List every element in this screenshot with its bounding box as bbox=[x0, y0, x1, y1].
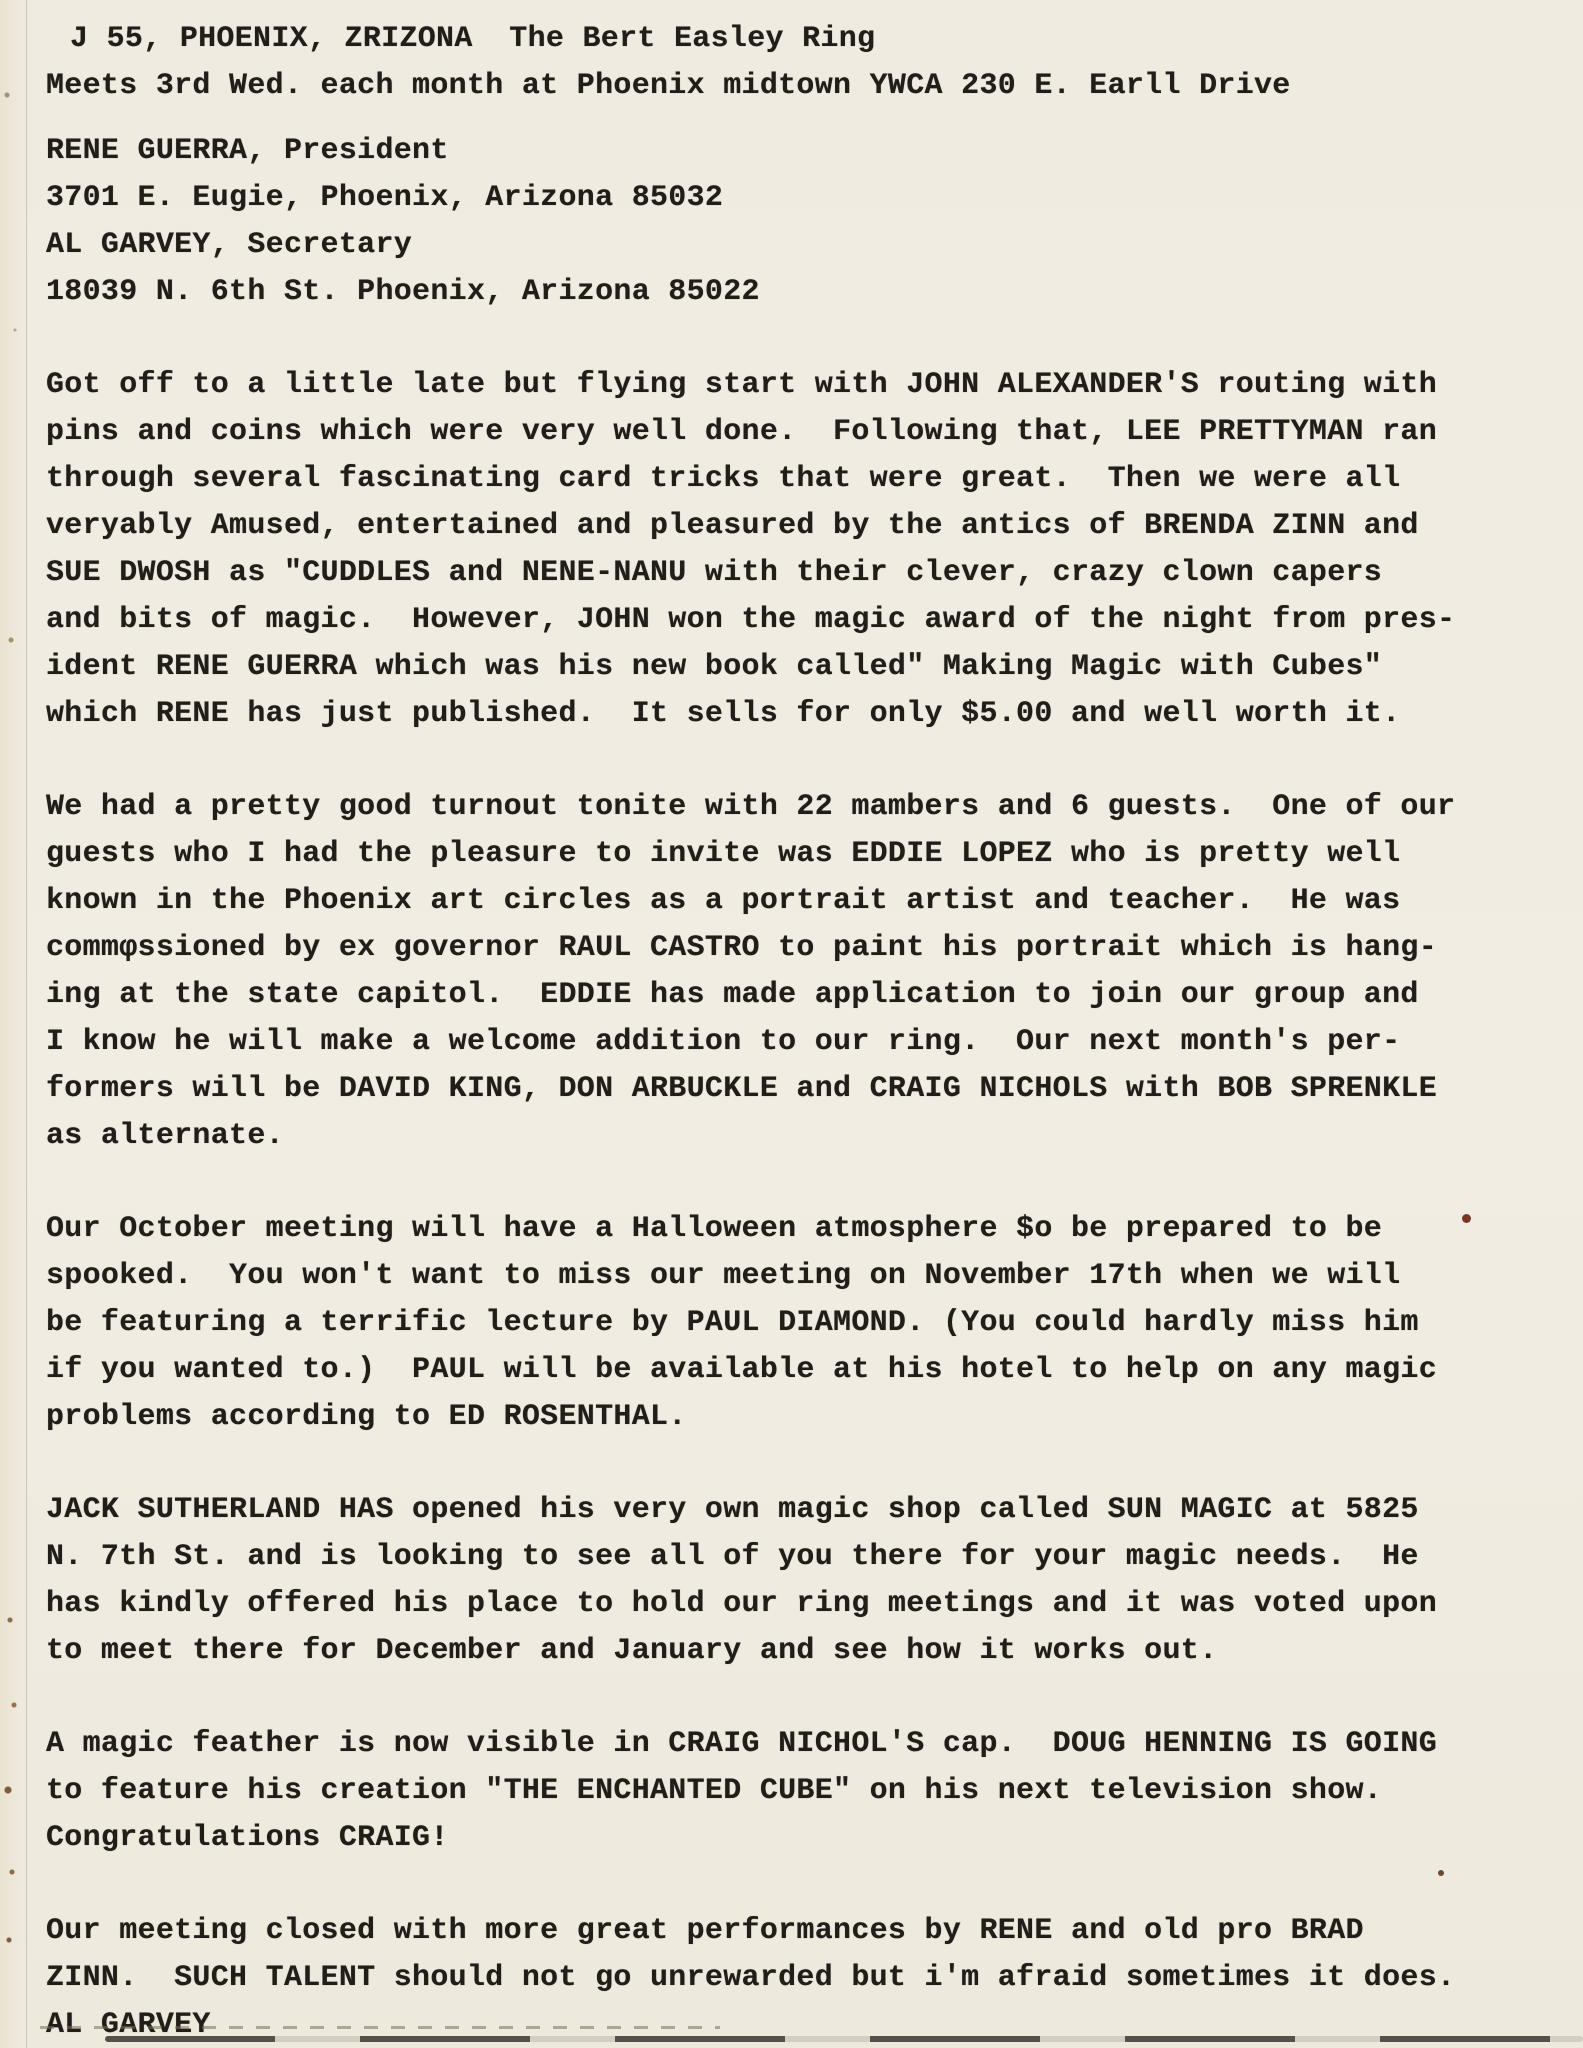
text-line: A magic feather is now visible in CRAIG … bbox=[46, 1721, 1547, 1768]
text-line: if you wanted to.) PAUL will be availabl… bbox=[46, 1347, 1547, 1394]
text-line: as alternate. bbox=[46, 1113, 1547, 1160]
ink-speck bbox=[1438, 1870, 1444, 1876]
paragraph-magic-shop: JACK SUTHERLAND HAS opened his very own … bbox=[46, 1487, 1547, 1675]
text-line: JACK SUTHERLAND HAS opened his very own … bbox=[46, 1487, 1547, 1534]
text-line: be featuring a terrific lecture by PAUL … bbox=[46, 1300, 1547, 1347]
text-line: ing at the state capitol. EDDIE has made… bbox=[46, 972, 1547, 1019]
text-line: known in the Phoenix art circles as a po… bbox=[46, 878, 1547, 925]
text-line: spooked. You won't want to miss our meet… bbox=[46, 1253, 1547, 1300]
meeting-info-line: Meets 3rd Wed. each month at Phoenix mid… bbox=[46, 63, 1547, 110]
text-line: through several fascinating card tricks … bbox=[46, 456, 1547, 503]
text-line: We had a pretty good turnout tonite with… bbox=[46, 784, 1547, 831]
document-header: J 55, PHOENIX, ZRIZONA The Bert Easley R… bbox=[46, 16, 1547, 110]
text-line: I know he will make a welcome addition t… bbox=[46, 1019, 1547, 1066]
text-line: SUE DWOSH as "CUDDLES and NENE-NANU with… bbox=[46, 550, 1547, 597]
scanned-newsletter-page: J 55, PHOENIX, ZRIZONA The Bert Easley R… bbox=[0, 0, 1583, 2048]
text-line: pins and coins which were very well done… bbox=[46, 409, 1547, 456]
secretary-name-line: AL GARVEY, Secretary bbox=[46, 222, 1547, 269]
text-line: has kindly offered his place to hold our… bbox=[46, 1581, 1547, 1628]
text-line: to meet there for December and January a… bbox=[46, 1628, 1547, 1675]
text-line: ZINN. SUCH TALENT should not go unreward… bbox=[46, 1955, 1547, 2002]
text-line: Got off to a little late but flying star… bbox=[46, 362, 1547, 409]
scan-bottom-edge-line bbox=[105, 2036, 1583, 2042]
scan-bottom-dotted-artifact bbox=[40, 2026, 720, 2029]
paragraph-craig-congrats: A magic feather is now visible in CRAIG … bbox=[46, 1721, 1547, 1862]
paragraph-upcoming-meetings: Our October meeting will have a Hallowee… bbox=[46, 1206, 1547, 1441]
ink-speck bbox=[1462, 1214, 1471, 1223]
president-address-line: 3701 E. Eugie, Phoenix, Arizona 85032 bbox=[46, 175, 1547, 222]
text-line: ident RENE GUERRA which was his new book… bbox=[46, 644, 1547, 691]
text-line: formers will be DAVID KING, DON ARBUCKLE… bbox=[46, 1066, 1547, 1113]
text-line: problems according to ED ROSENTHAL. bbox=[46, 1394, 1547, 1441]
text-line: veryably Amused, entertained and pleasur… bbox=[46, 503, 1547, 550]
ring-title-line: J 55, PHOENIX, ZRIZONA The Bert Easley R… bbox=[46, 16, 1547, 63]
text-line: and bits of magic. However, JOHN won the… bbox=[46, 597, 1547, 644]
text-line: which RENE has just published. It sells … bbox=[46, 691, 1547, 738]
president-name-line: RENE GUERRA, President bbox=[46, 128, 1547, 175]
text-line: Our October meeting will have a Hallowee… bbox=[46, 1206, 1547, 1253]
text-line: commφssioned by ex governor RAUL CASTRO … bbox=[46, 925, 1547, 972]
officers-block: RENE GUERRA, President 3701 E. Eugie, Ph… bbox=[46, 128, 1547, 316]
text-line: N. 7th St. and is looking to see all of … bbox=[46, 1534, 1547, 1581]
text-line: Our meeting closed with more great perfo… bbox=[46, 1908, 1547, 1955]
scan-edge-artifact bbox=[0, 0, 27, 2048]
secretary-address-line: 18039 N. 6th St. Phoenix, Arizona 85022 bbox=[46, 269, 1547, 316]
document-body: J 55, PHOENIX, ZRIZONA The Bert Easley R… bbox=[46, 16, 1547, 2048]
paragraph-meeting-report: Got off to a little late but flying star… bbox=[46, 362, 1547, 738]
text-line: to feature his creation "THE ENCHANTED C… bbox=[46, 1768, 1547, 1815]
paragraph-turnout-guests: We had a pretty good turnout tonite with… bbox=[46, 784, 1547, 1160]
text-line: Congratulations CRAIG! bbox=[46, 1815, 1547, 1862]
text-line: guests who I had the pleasure to invite … bbox=[46, 831, 1547, 878]
